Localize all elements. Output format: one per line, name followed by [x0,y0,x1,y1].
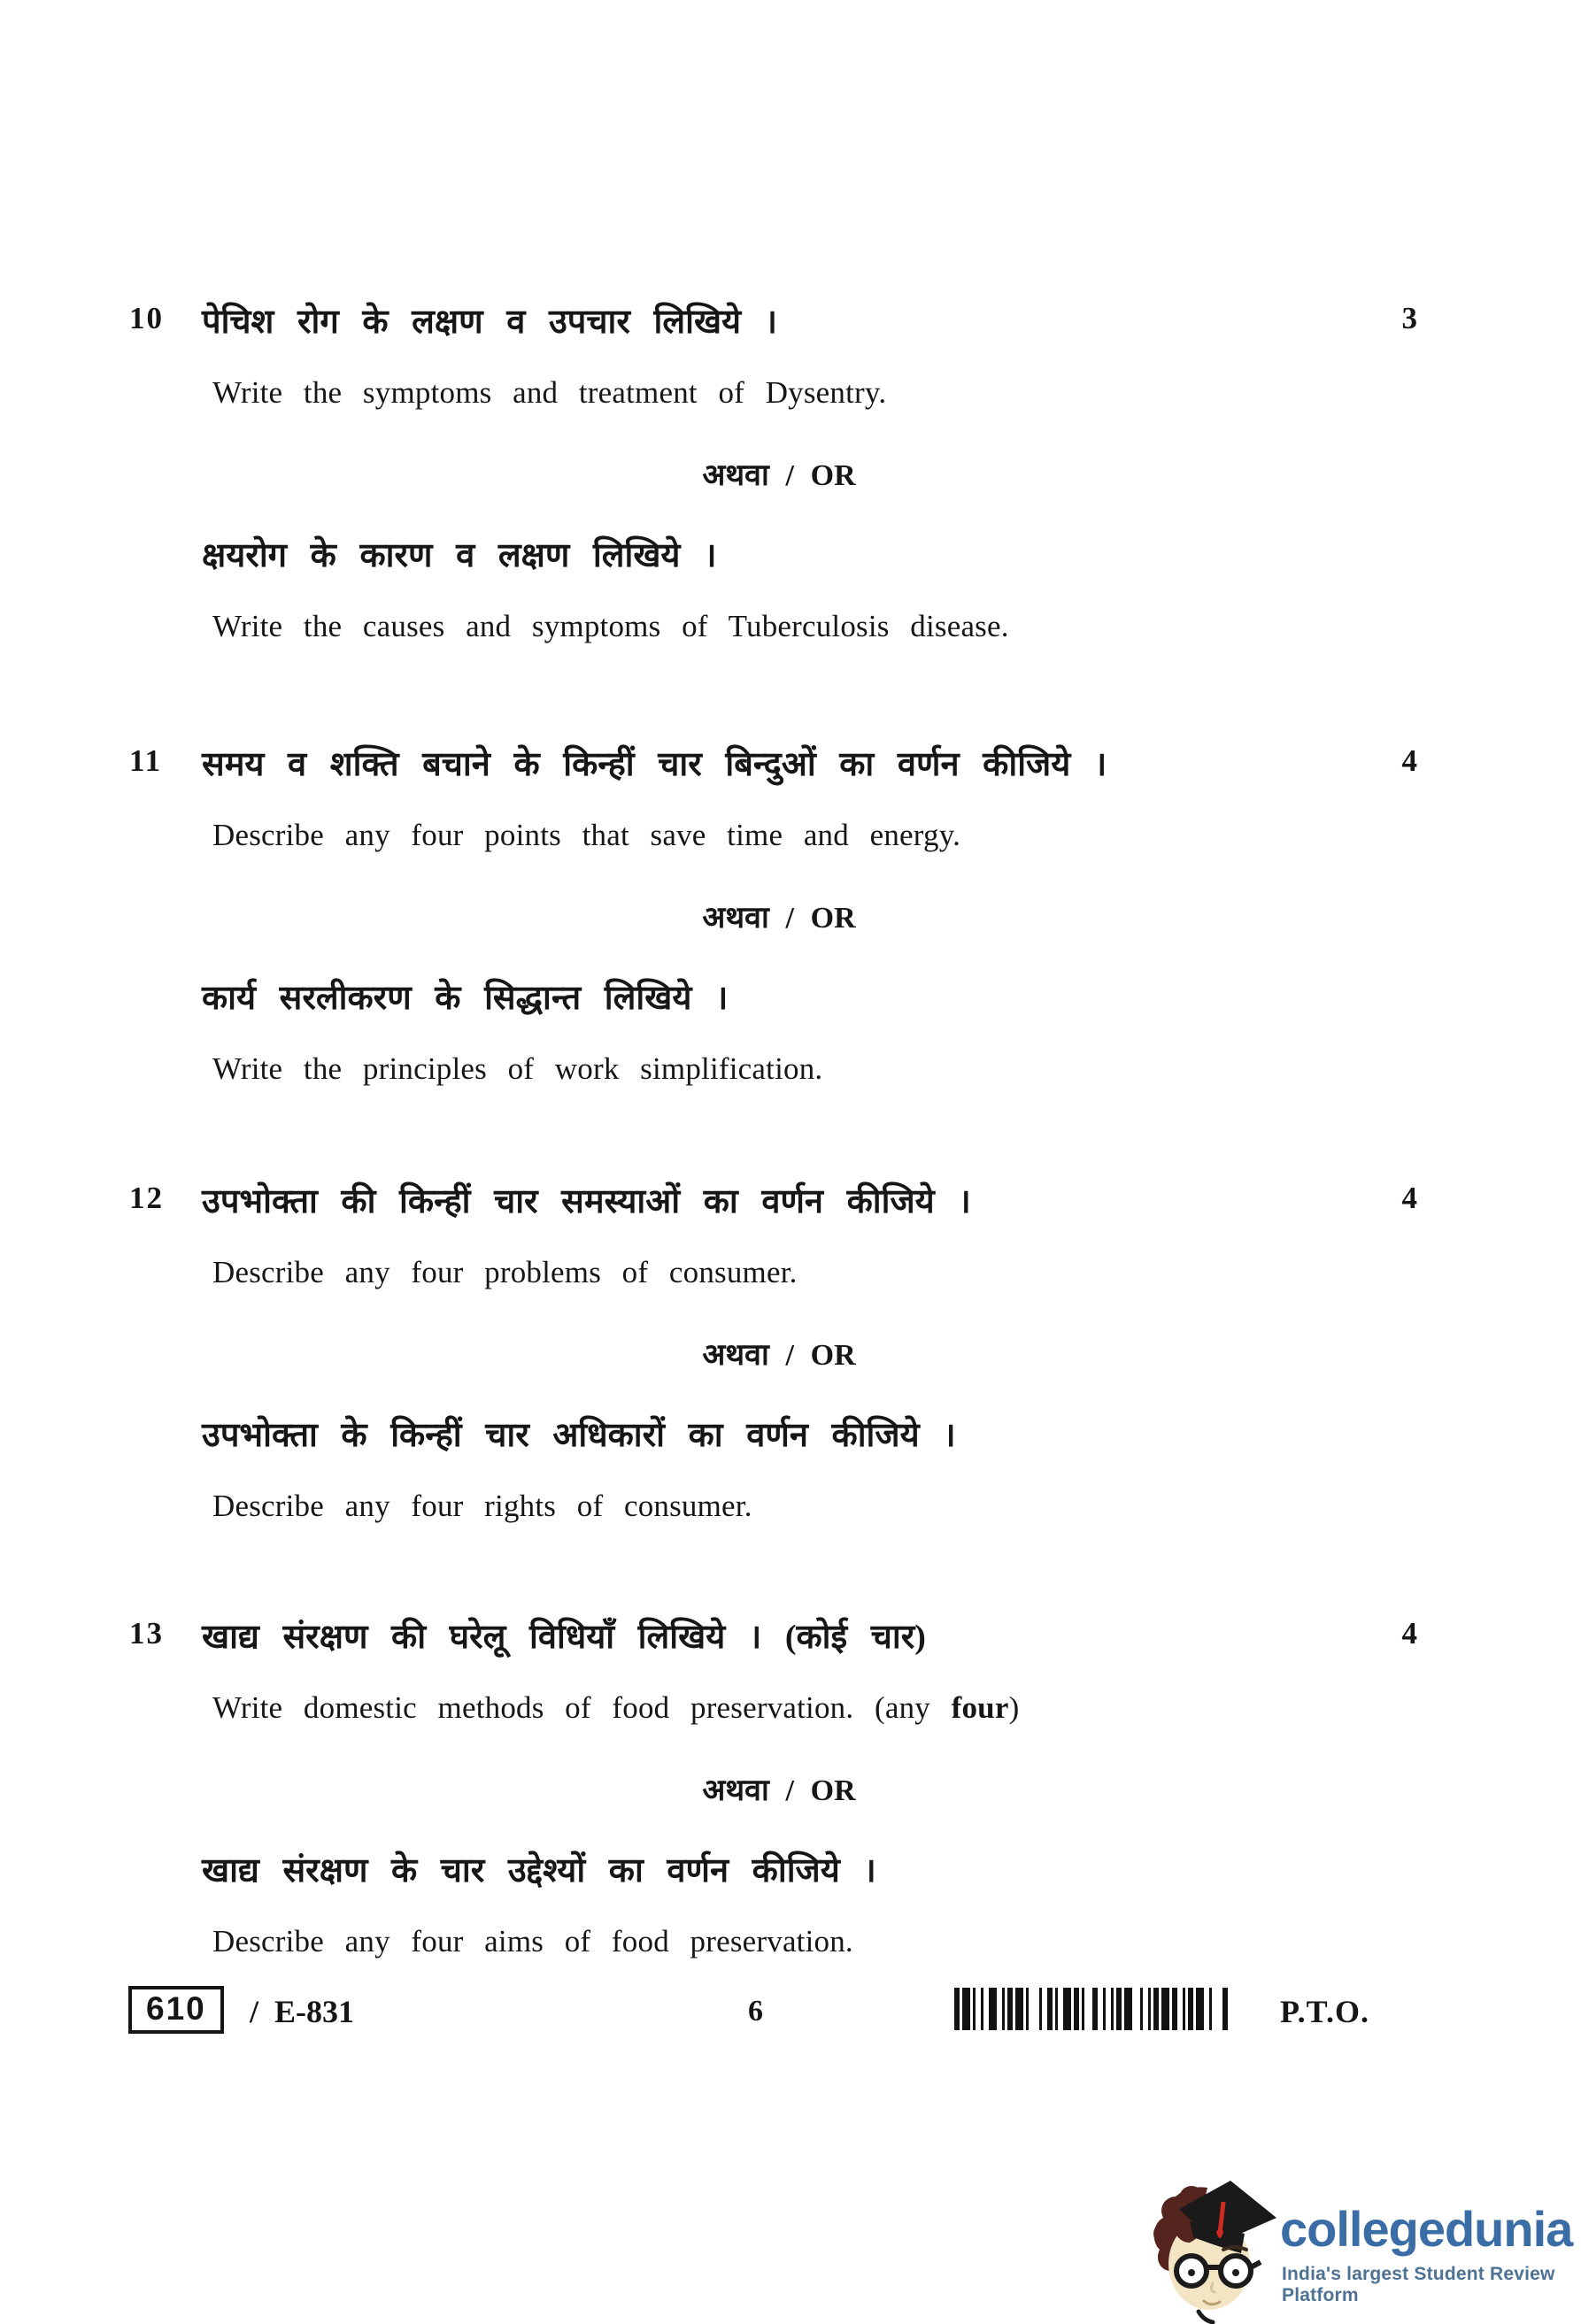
question-text-hindi: उपभोक्ता की किन्हीं चार समस्याओं का वर्ण… [202,1177,971,1223]
barcode [954,1988,1262,2030]
question-alt-text-hindi: खाद्य संरक्षण के चार उद्देश्यों का वर्णन… [202,1846,876,1892]
question-block-10: 10 पेचिश रोग के लक्षण व उपचार लिखिये । 3… [0,297,1581,669]
english-text-bold-part: four [952,1690,1009,1725]
question-alt-text-english: Write the causes and symptoms of Tubercu… [212,609,1009,644]
question-text-hindi: खाद्य संरक्षण की घरेलू विधियाँ लिखिये । … [202,1612,926,1658]
english-text-part: ) [1009,1690,1020,1725]
brand-text: collegedunia [1280,2200,1572,2258]
page-number: 6 [748,1995,763,2028]
question-number: 13 [129,1616,164,1651]
question-alt-text-hindi: उपभोक्ता के किन्हीं चार अधिकारों का वर्ण… [202,1411,956,1457]
question-alt-text-hindi: क्षयरोग के कारण व लक्षण लिखिये । [202,531,716,577]
pto-label: P.T.O. [1280,1993,1369,2030]
question-block-12: 12 उपभोक्ता की किन्हीं चार समस्याओं का व… [0,1177,1581,1549]
question-number: 12 [129,1181,164,1216]
question-alt-text-english: Write the principles of work simplificat… [212,1051,822,1087]
english-text-part: Write domestic methods of food preservat… [212,1690,952,1725]
marks-value: 4 [1402,1616,1418,1651]
question-alt-text-english: Describe any four aims of food preservat… [212,1924,853,1959]
or-separator: अथवा / OR [0,453,1558,494]
marks-value: 4 [1402,1181,1418,1216]
marks-value: 3 [1402,301,1418,336]
question-text-english: Write the symptoms and treatment of Dyse… [212,375,886,411]
or-separator: अथवा / OR [0,896,1558,936]
question-text-english: Write domestic methods of food preservat… [212,1690,1019,1726]
or-separator: अथवा / OR [0,1333,1558,1374]
marks-value: 4 [1402,743,1418,779]
question-alt-text-hindi: कार्य सरलीकरण के सिद्धान्त लिखिये । [202,973,728,1020]
question-text-english: Describe any four problems of consumer. [212,1255,798,1290]
question-number: 11 [129,743,162,779]
footer-code-suffix: / E-831 [250,1993,354,2030]
question-block-11: 11 समय व शक्ति बचाने के किन्हीं चार बिन्… [0,740,1581,1112]
collegedunia-logo: collegedunia .com India's largest Studen… [1140,2158,1581,2324]
question-text-hindi: पेचिश रोग के लक्षण व उपचार लिखिये । [202,297,777,343]
question-block-13: 13 खाद्य संरक्षण की घरेलू विधियाँ लिखिये… [0,1612,1581,1984]
brand-tagline: India's largest Student Review Platform [1282,2264,1581,2306]
footer-code-box: 610 [128,1986,224,2034]
question-number: 10 [129,301,164,336]
scanned-exam-page: 10 पेचिश रोग के लक्षण व उपचार लिखिये । 3… [0,0,1581,2324]
question-alt-text-english: Describe any four rights of consumer. [212,1489,752,1524]
or-separator: अथवा / OR [0,1768,1558,1809]
collegedunia-mascot-icon [1145,2172,1278,2324]
page-footer: 610 / E-831 6 P.T.O. [0,1981,1581,2051]
question-text-hindi: समय व शक्ति बचाने के किन्हीं चार बिन्दुओ… [202,740,1107,786]
question-text-english: Describe any four points that save time … [212,818,960,853]
